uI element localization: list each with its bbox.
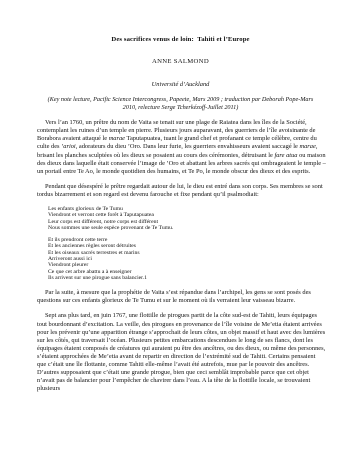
text-run: , adorateurs du dieu ’Oro. Dans leur fur… [76, 143, 300, 150]
prophecy-verse: Les enfants glorieux de Te TumuViendront… [48, 206, 324, 281]
paragraph-1: Vers l’an 1760, un prêtre du nom de Vait… [37, 119, 326, 176]
text-run: Par la suite, à mesure que la prophétie … [37, 289, 311, 304]
lecture-citation: (Key note lecture, Pacific Science Inter… [45, 96, 317, 111]
document-page: Des sacrifices venus de loin: Tahiti et … [0, 0, 360, 466]
paragraph-2: Pendant que désespéré le prêtre regardai… [37, 183, 326, 199]
italic-term: fare atua [274, 152, 297, 159]
author-affiliation: Université d’Auckland [37, 81, 324, 88]
verse-stanza-1: Les enfants glorieux de Te TumuViendront… [48, 206, 324, 231]
paragraph-3: Par la suite, à mesure que la prophétie … [37, 289, 326, 305]
italic-term: marae [109, 135, 125, 142]
italic-term: ’arioi [61, 143, 76, 150]
italic-term: marae [299, 143, 315, 150]
text-run: Sept ans plus tard, en juin 1767, une fl… [37, 312, 325, 392]
verse-line: Nous sommes une seule espèce provenant d… [48, 225, 324, 231]
verse-stanza-2: Et ils prendront cette terreEt les ancie… [48, 237, 324, 281]
text-run: Pendant que désespéré le prêtre regardai… [37, 183, 323, 198]
paragraph-4: Sept ans plus tard, en juin 1767, une fl… [37, 312, 326, 393]
author-name: ANNE SALMOND [37, 58, 324, 65]
document-title: Des sacrifices venus de loin: Tahiti et … [37, 36, 324, 43]
verse-line: Ils arrivent sur une pirogue sans balanc… [48, 275, 324, 281]
